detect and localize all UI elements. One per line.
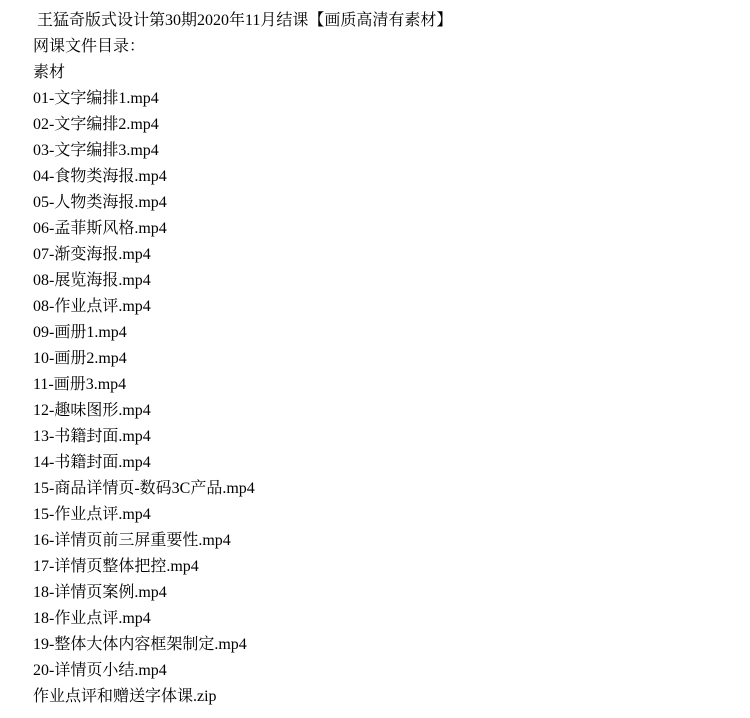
file-list-item: 13-书籍封面.mp4 <box>33 424 740 450</box>
file-list-item: 17-详情页整体把控.mp4 <box>33 554 740 580</box>
file-list-item: 14-书籍封面.mp4 <box>33 450 740 476</box>
file-list: 01-文字编排1.mp402-文字编排2.mp403-文字编排3.mp404-食… <box>33 86 740 710</box>
file-list-item: 11-画册3.mp4 <box>33 372 740 398</box>
directory-label: 网课文件目录： <box>33 34 740 60</box>
course-title: 王猛奇版式设计第30期2020年11月结课【画质高清有素材】 <box>33 8 740 34</box>
file-list-item: 01-文字编排1.mp4 <box>33 86 740 112</box>
section-label: 素材 <box>33 60 740 86</box>
file-list-item: 03-文字编排3.mp4 <box>33 138 740 164</box>
file-list-item: 07-渐变海报.mp4 <box>33 242 740 268</box>
file-list-item: 20-详情页小结.mp4 <box>33 658 740 684</box>
course-file-listing-page: 王猛奇版式设计第30期2020年11月结课【画质高清有素材】 网课文件目录： 素… <box>0 0 750 718</box>
file-list-item: 06-孟菲斯风格.mp4 <box>33 216 740 242</box>
file-list-item: 08-展览海报.mp4 <box>33 268 740 294</box>
file-list-item: 15-作业点评.mp4 <box>33 502 740 528</box>
file-list-item: 16-详情页前三屏重要性.mp4 <box>33 528 740 554</box>
file-list-item: 10-画册2.mp4 <box>33 346 740 372</box>
file-list-item: 09-画册1.mp4 <box>33 320 740 346</box>
file-list-item: 04-食物类海报.mp4 <box>33 164 740 190</box>
file-list-item: 18-作业点评.mp4 <box>33 606 740 632</box>
file-list-item: 12-趣味图形.mp4 <box>33 398 740 424</box>
file-list-item: 02-文字编排2.mp4 <box>33 112 740 138</box>
file-list-item: 08-作业点评.mp4 <box>33 294 740 320</box>
file-list-item: 作业点评和赠送字体课.zip <box>33 684 740 710</box>
file-list-item: 18-详情页案例.mp4 <box>33 580 740 606</box>
file-list-item: 19-整体大体内容框架制定.mp4 <box>33 632 740 658</box>
file-list-item: 05-人物类海报.mp4 <box>33 190 740 216</box>
file-list-item: 15-商品详情页-数码3C产品.mp4 <box>33 476 740 502</box>
